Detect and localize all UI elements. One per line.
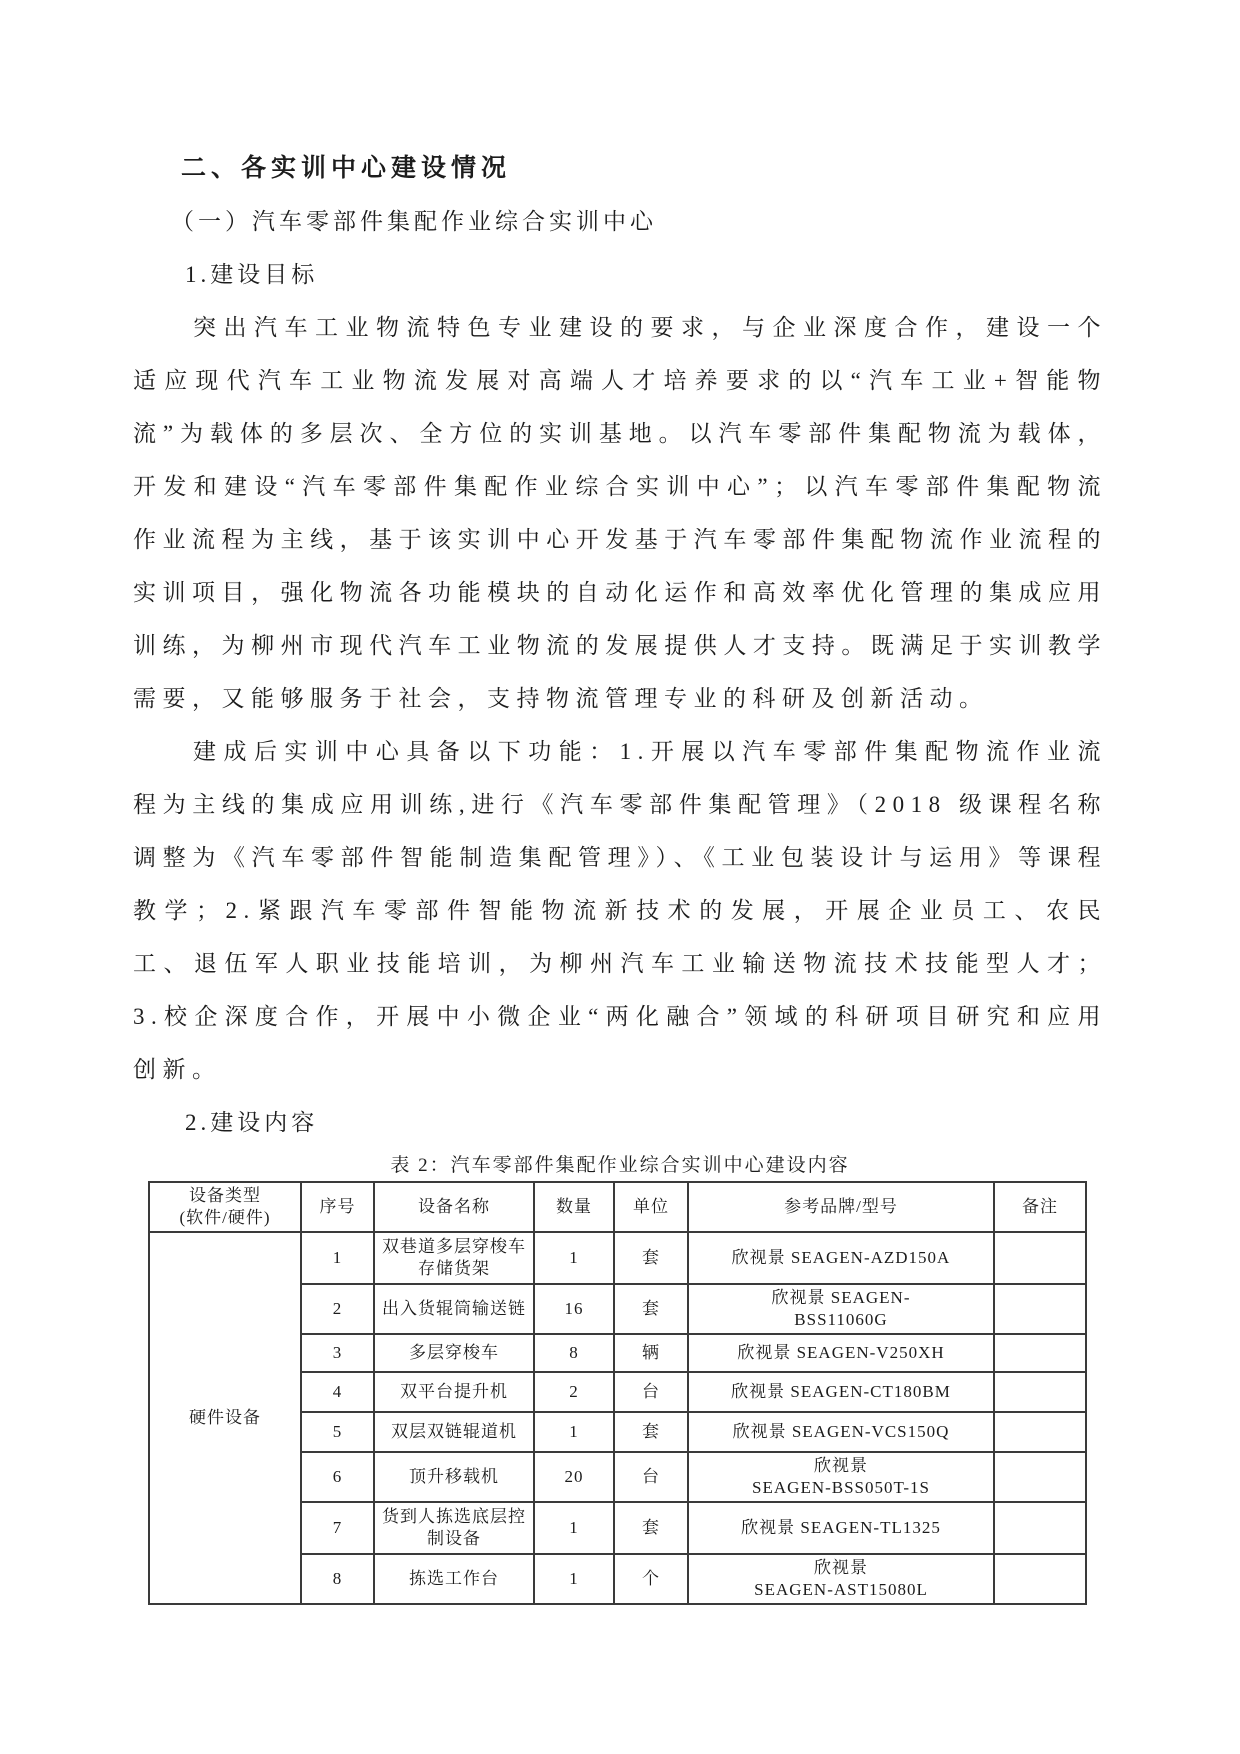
cell-name: 双巷道多层穿梭车 存储货架 xyxy=(374,1232,534,1284)
cell-note xyxy=(994,1284,1086,1334)
header-brand-model: 参考品牌/型号 xyxy=(688,1182,994,1232)
document-page: 二、各实训中心建设情况 （一）汽车零部件集配作业综合实训中心 1.建设目标 突出… xyxy=(0,0,1240,1754)
cell-no: 5 xyxy=(301,1412,374,1452)
cell-brand: 欣视景 SEAGEN-V250XH xyxy=(688,1334,994,1372)
cell-no: 4 xyxy=(301,1372,374,1412)
cell-name: 货到人拣选底层控 制设备 xyxy=(374,1502,534,1554)
section-1-title: 1.建设目标 xyxy=(133,248,1107,301)
cell-note xyxy=(994,1554,1086,1604)
category-cell: 硬件设备 xyxy=(149,1232,301,1604)
cell-qty: 1 xyxy=(534,1502,614,1554)
cell-unit: 套 xyxy=(614,1232,688,1284)
cell-qty: 2 xyxy=(534,1372,614,1412)
cell-unit: 台 xyxy=(614,1452,688,1502)
cell-no: 2 xyxy=(301,1284,374,1334)
cell-name: 双平台提升机 xyxy=(374,1372,534,1412)
sub-heading: （一）汽车零部件集配作业综合实训中心 xyxy=(133,195,1107,248)
paragraph-functions: 建成后实训中心具备以下功能：1.开展以汽车零部件集配物流作业流程为主线的集成应用… xyxy=(133,725,1107,1096)
header-remarks: 备注 xyxy=(994,1182,1086,1232)
cell-qty: 1 xyxy=(534,1232,614,1284)
cell-unit: 辆 xyxy=(614,1334,688,1372)
table-row: 硬件设备 1 双巷道多层穿梭车 存储货架 1 套 欣视景 SEAGEN-AZD1… xyxy=(149,1232,1086,1284)
cell-no: 8 xyxy=(301,1554,374,1604)
cell-qty: 8 xyxy=(534,1334,614,1372)
cell-brand: 欣视景 SEAGEN-CT180BM xyxy=(688,1372,994,1412)
cell-note xyxy=(994,1232,1086,1284)
cell-note xyxy=(994,1502,1086,1554)
cell-brand: 欣视景 SEAGEN-BSS050T-1S xyxy=(688,1452,994,1502)
cell-brand: 欣视景 SEAGEN-AZD150A xyxy=(688,1232,994,1284)
cell-note xyxy=(994,1452,1086,1502)
cell-no: 7 xyxy=(301,1502,374,1554)
cell-brand: 欣视景 SEAGEN-TL1325 xyxy=(688,1502,994,1554)
cell-name: 拣选工作台 xyxy=(374,1554,534,1604)
cell-unit: 台 xyxy=(614,1372,688,1412)
cell-name: 双层双链辊道机 xyxy=(374,1412,534,1452)
cell-note xyxy=(994,1334,1086,1372)
cell-name: 多层穿梭车 xyxy=(374,1334,534,1372)
cell-no: 3 xyxy=(301,1334,374,1372)
cell-no: 1 xyxy=(301,1232,374,1284)
cell-note xyxy=(994,1372,1086,1412)
cell-unit: 套 xyxy=(614,1412,688,1452)
paragraph-goals: 突出汽车工业物流特色专业建设的要求，与企业深度合作，建设一个适应现代汽车工业物流… xyxy=(133,301,1107,725)
cell-qty: 1 xyxy=(534,1554,614,1604)
header-device-name: 设备名称 xyxy=(374,1182,534,1232)
page-title: 二、各实训中心建设情况 xyxy=(133,142,1107,195)
cell-unit: 个 xyxy=(614,1554,688,1604)
header-unit: 单位 xyxy=(614,1182,688,1232)
cell-name: 出入货辊筒输送链 xyxy=(374,1284,534,1334)
cell-no: 6 xyxy=(301,1452,374,1502)
header-serial-no: 序号 xyxy=(301,1182,374,1232)
cell-unit: 套 xyxy=(614,1284,688,1334)
cell-note xyxy=(994,1412,1086,1452)
table-caption: 表 2：汽车零部件集配作业综合实训中心建设内容 xyxy=(133,1149,1107,1181)
cell-unit: 套 xyxy=(614,1502,688,1554)
header-quantity: 数量 xyxy=(534,1182,614,1232)
cell-brand: 欣视景 SEAGEN- BSS11060G xyxy=(688,1284,994,1334)
cell-brand: 欣视景 SEAGEN-VCS150Q xyxy=(688,1412,994,1452)
section-2-title: 2.建设内容 xyxy=(133,1096,1107,1149)
cell-brand: 欣视景 SEAGEN-AST15080L xyxy=(688,1554,994,1604)
equipment-table: 设备类型 (软件/硬件) 序号 设备名称 数量 单位 参考品牌/型号 备注 硬件… xyxy=(148,1181,1087,1605)
cell-qty: 16 xyxy=(534,1284,614,1334)
header-device-type: 设备类型 (软件/硬件) xyxy=(149,1182,301,1232)
cell-qty: 1 xyxy=(534,1412,614,1452)
header-row: 设备类型 (软件/硬件) 序号 设备名称 数量 单位 参考品牌/型号 备注 xyxy=(149,1182,1086,1232)
cell-name: 顶升移载机 xyxy=(374,1452,534,1502)
table-body: 硬件设备 1 双巷道多层穿梭车 存储货架 1 套 欣视景 SEAGEN-AZD1… xyxy=(149,1232,1086,1604)
table-header: 设备类型 (软件/硬件) 序号 设备名称 数量 单位 参考品牌/型号 备注 xyxy=(149,1182,1086,1232)
cell-qty: 20 xyxy=(534,1452,614,1502)
